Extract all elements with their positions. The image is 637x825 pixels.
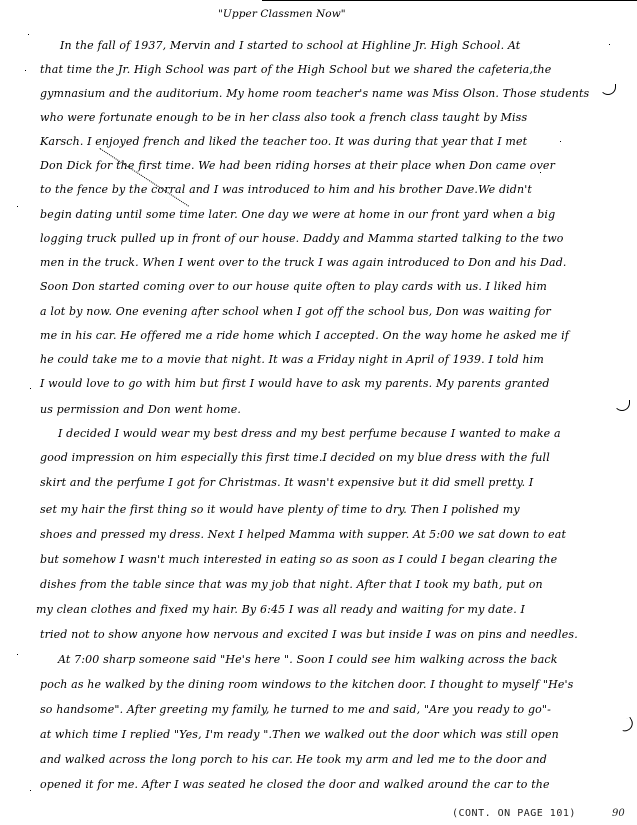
body-line: set my hair the first thing so it would …: [40, 503, 520, 517]
body-line: logging truck pulled up in front of our …: [40, 232, 564, 246]
body-line: skirt and the perfume I got for Christma…: [40, 476, 533, 490]
top-border-line: [262, 0, 637, 1]
scan-speck: [25, 70, 26, 71]
body-line: Karsch. I enjoyed french and liked the t…: [40, 135, 527, 149]
body-line: us permission and Don went home.: [40, 403, 241, 417]
annotation-line: [99, 148, 188, 207]
continuation-note: (CONT. ON PAGE 101): [452, 808, 576, 819]
body-line: but somehow I wasn't much interested in …: [40, 553, 557, 567]
scan-speck: [540, 172, 541, 173]
scan-speck: [30, 790, 31, 791]
margin-mark: [600, 84, 616, 95]
body-line: tried not to show anyone how nervous and…: [40, 628, 578, 642]
scan-speck: [609, 44, 610, 45]
scan-speck: [28, 34, 29, 35]
scan-speck: [30, 388, 31, 389]
body-line: my clean clothes and fixed my hair. By 6…: [36, 603, 525, 617]
body-line: that time the Jr. High School was part o…: [40, 63, 551, 77]
document-title: "Upper Classmen Now": [218, 8, 346, 20]
body-line: so handsome". After greeting my family, …: [40, 703, 551, 717]
body-line: at which time I replied "Yes, I'm ready …: [40, 728, 559, 742]
body-line: me in his car. He offered me a ride home…: [40, 329, 569, 343]
body-line: and walked across the long porch to his …: [40, 753, 547, 767]
body-line: a lot by now. One evening after school w…: [40, 305, 551, 319]
scan-speck: [17, 654, 18, 655]
body-line: to the fence by the corral and I was int…: [40, 183, 532, 197]
body-line: he could take me to a movie that night. …: [40, 353, 544, 367]
body-line: I decided I would wear my best dress and…: [58, 427, 561, 441]
body-line: Soon Don started coming over to our hous…: [40, 280, 547, 294]
body-line: In the fall of 1937, Mervin and I starte…: [60, 39, 520, 53]
body-line: poch as he walked by the dining room win…: [40, 678, 573, 692]
scan-speck: [560, 141, 561, 142]
body-line: men in the truck. When I went over to th…: [40, 256, 567, 270]
body-line: dishes from the table since that was my …: [40, 578, 543, 592]
body-line: I would love to go with him but first I …: [40, 377, 550, 391]
margin-mark: [614, 400, 630, 411]
scan-speck: [17, 206, 18, 207]
body-line: At 7:00 sharp someone said "He's here ".…: [58, 653, 558, 667]
page-number: 90: [612, 808, 625, 819]
body-line: who were fortunate enough to be in her c…: [40, 111, 527, 125]
margin-mark: [616, 717, 635, 735]
body-line: good impression on him especially this f…: [40, 451, 550, 465]
body-line: gymnasium and the auditorium. My home ro…: [40, 87, 589, 101]
body-line: opened it for me. After I was seated he …: [40, 778, 550, 792]
body-line: Don Dick for the first time. We had been…: [40, 159, 555, 173]
body-line: begin dating until some time later. One …: [40, 208, 555, 222]
body-line: shoes and pressed my dress. Next I helpe…: [40, 528, 566, 542]
